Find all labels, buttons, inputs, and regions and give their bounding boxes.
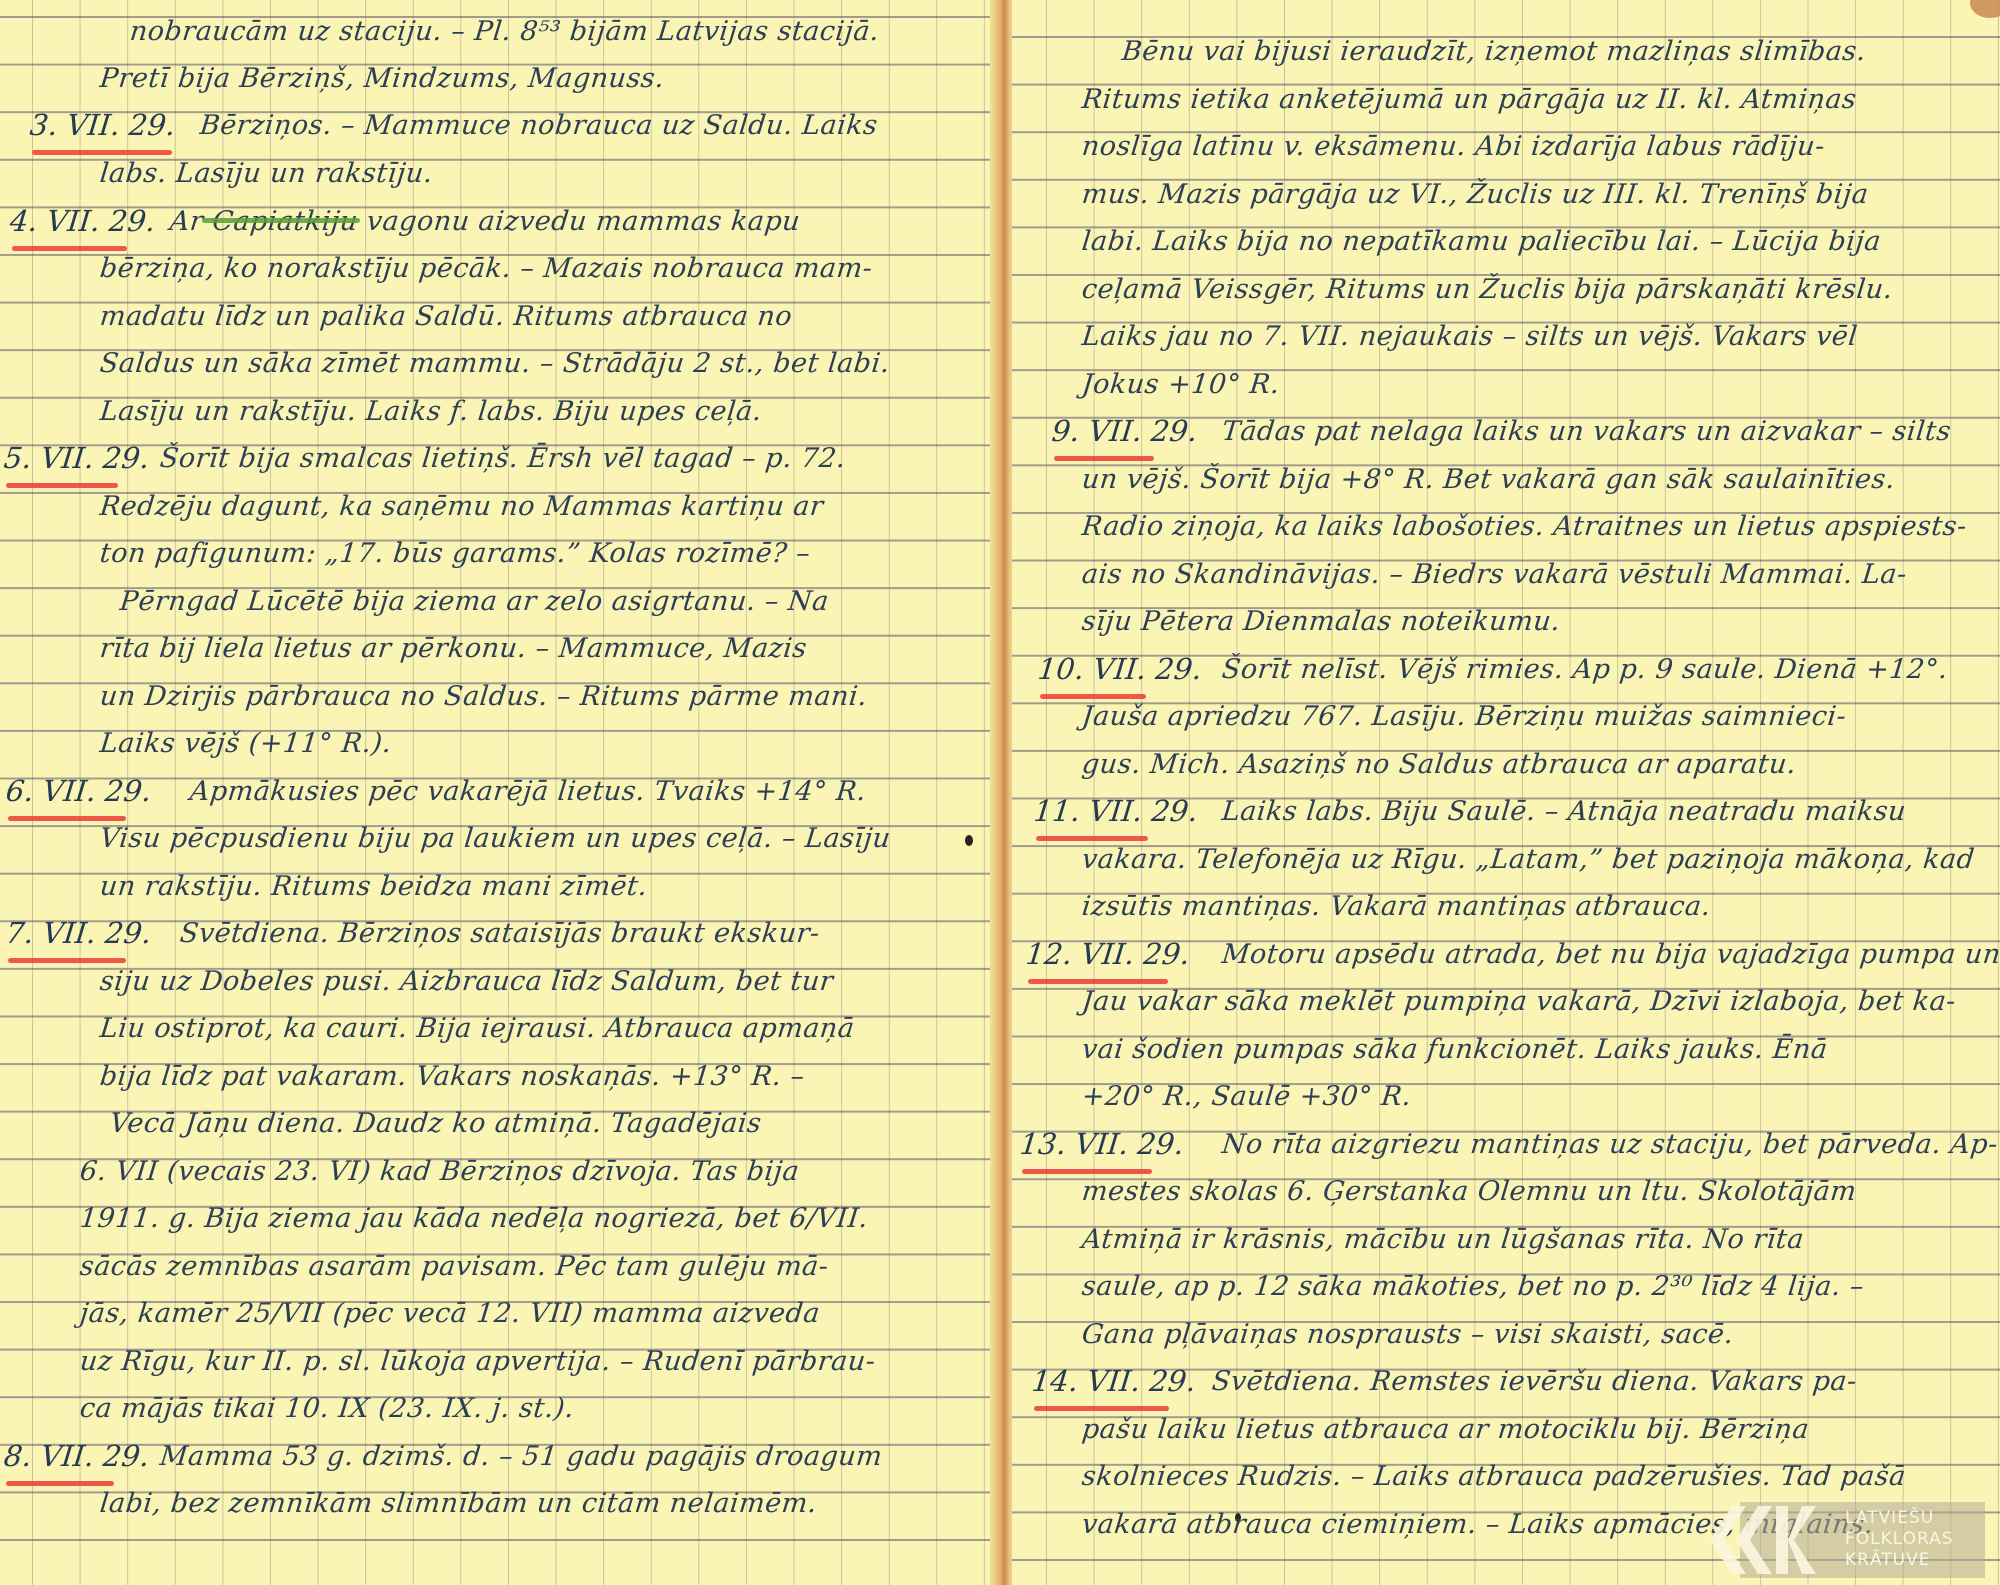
diary-line: sācās zemnības asarām pavisam. Pēc tam g…	[78, 1251, 830, 1282]
diary-line: Pērngad Lūcētē bija ziema ar zelo asigrt…	[118, 586, 830, 617]
diary-line: Liu ostiprot, ka cauri. Bija iejrausi. A…	[98, 1013, 856, 1044]
entry-date: 10. VII. 29.	[1036, 652, 1203, 686]
diary-line: izsūtīs mantiņas. Vakarā mantiņas atbrau…	[1080, 891, 1712, 922]
entry-date: 13. VII. 29.	[1018, 1127, 1185, 1161]
entry-date: 8. VII. 29.	[2, 1439, 151, 1473]
diary-line: 6. VII (vecais 23. VI) kad Bērziņos dzīv…	[78, 1156, 800, 1187]
diary-line: ton pafigunum: „17. būs garams.” Kolas r…	[98, 538, 812, 569]
entry-date: 14. VII. 29.	[1030, 1364, 1197, 1398]
diary-line: Lasīju un rakstīju. Laiks f. labs. Biju …	[98, 396, 763, 427]
diary-line: Jokus +10° R.	[1080, 369, 1281, 400]
diary-line: Laiks vējš (+11° R.).	[98, 728, 393, 759]
diary-line: skolnieces Rudzis. – Laiks atbrauca padz…	[1080, 1461, 1907, 1492]
watermark-line: FOLKLORAS	[1845, 1529, 1985, 1550]
entry-date: 9. VII. 29.	[1050, 414, 1199, 448]
diary-line: Svētdiena. Remstes ievēršu diena. Vakars…	[1210, 1366, 1858, 1397]
corner-stain	[1970, 0, 2000, 18]
date-underline	[8, 816, 126, 821]
diary-line: +20° R., Saulē +30° R.	[1080, 1081, 1413, 1112]
diary-line: Motoru apsēdu atrada, bet nu bija vajadz…	[1220, 939, 2000, 970]
diary-line: siju uz Dobeles pusi. Aizbrauca līdz Sal…	[98, 966, 835, 997]
diary-line: Šorīt bija smalcas lietiņš. Ērsh vēl tag…	[158, 443, 847, 474]
chevron-k-logo-icon	[1702, 1502, 1822, 1578]
diary-line: Tādas pat nelaga laiks un vakars un aizv…	[1220, 416, 1952, 447]
diary-line: Bēnu vai bijusi ieraudzīt, izņemot mazli…	[1120, 36, 1867, 67]
diary-line: labi. Laiks bija no nepatīkamu paliecību…	[1080, 226, 1882, 257]
watermark-line: KRĀTUVE	[1845, 1550, 1985, 1571]
diary-line: noslīga latīnu v. eksāmenu. Abi izdarīja…	[1080, 131, 1826, 162]
diary-line: Šorīt nelīst. Vējš rimies. Ap p. 9 saule…	[1220, 654, 1949, 685]
diary-line: gus. Mich. Asaziņš no Saldus atbrauca ar…	[1080, 749, 1797, 780]
date-underline	[1054, 456, 1154, 461]
date-underline	[8, 958, 126, 963]
diary-line: Laiks jau no 7. VII. nejaukais – silts u…	[1080, 321, 1859, 352]
diary-line: mestes skolas 6. Ģerstanka Olemnu un ltu…	[1080, 1176, 1858, 1207]
diary-line: Mamma 53 g. dzimš. d. – 51 gadu pagājis …	[158, 1441, 884, 1472]
diary-line: Radio ziņoja, ka laiks labošoties. Atrai…	[1080, 511, 1968, 542]
diary-line: Redzēju dagunt, ka saņēmu no Mammas kart…	[98, 491, 825, 522]
diary-line: bērziņa, ko norakstīju pēcāk. – Mazais n…	[98, 253, 874, 284]
entry-date: 5. VII. 29.	[2, 441, 151, 475]
diary-line: sīju Pētera Dienmalas noteikumu.	[1080, 606, 1562, 637]
date-underline	[32, 150, 172, 155]
diary-line: Svētdiena. Bērziņos sataisījās braukt ek…	[178, 918, 821, 949]
diary-line: Apmākusies pēc vakarējā lietus. Tvaiks +…	[188, 776, 867, 807]
diary-line: un Dzirjis pārbrauca no Saldus. – Ritums…	[98, 681, 868, 712]
entry-date: 6. VII. 29.	[4, 774, 153, 808]
diary-line: saule, ap p. 12 sāka mākoties, bet no p.…	[1080, 1271, 1865, 1302]
diary-line: Gana pļāvaiņas nosprausts – visi skaisti…	[1080, 1319, 1735, 1350]
watermark-logo: LATVIEŠU FOLKLORAS KRĀTUVE	[1740, 1502, 1985, 1578]
diary-line: jās, kamēr 25/VII (pēc vecā 12. VII) mam…	[78, 1298, 821, 1329]
diary-line: ais no Skandināvijas. – Biedrs vakarā vē…	[1080, 559, 1908, 590]
diary-line: Vecā Jāņu diena. Daudz ko atmiņā. Tagadē…	[108, 1108, 763, 1139]
date-underline	[1040, 694, 1146, 699]
diary-line: vai šodien pumpas sāka funkcionēt. Laiks…	[1080, 1034, 1829, 1065]
diary-line: Bērziņos. – Mammuce nobrauca uz Saldu. L…	[198, 110, 879, 141]
date-underline	[1028, 979, 1168, 984]
diary-line: Atmiņā ir krāsnis, mācību un lūgšanas rī…	[1080, 1224, 1805, 1255]
entry-date: 3. VII. 29.	[28, 108, 177, 142]
diary-line: Pretī bija Bērziņš, Mindzums, Magnuss.	[98, 63, 666, 94]
date-underline	[1022, 1169, 1152, 1174]
diary-line: nobraucām uz staciju. – Pl. 8⁵³ bijām La…	[128, 16, 880, 47]
diary-line: labs. Lasīju un rakstīju.	[98, 158, 434, 189]
diary-line: un vējš. Šorīt bija +8° R. Bet vakarā ga…	[1080, 464, 1896, 495]
date-underline	[12, 246, 127, 251]
diary-line: Ritums ietika anketējumā un pārgāja uz I…	[1080, 84, 1858, 115]
date-underline	[1034, 1406, 1169, 1411]
entry-date: 12. VII. 29.	[1024, 937, 1191, 971]
diary-line: 1911. g. Bija ziema jau kāda nedēļa nogr…	[78, 1203, 869, 1234]
diary-line: labi, bez zemnīkām slimnībām un citām ne…	[98, 1488, 818, 1519]
ink-blot	[965, 835, 973, 846]
diary-line: pašu laiku lietus atbrauca ar motociklu …	[1080, 1414, 1810, 1445]
diary-line: Visu pēcpusdienu biju pa laukiem un upes…	[98, 823, 892, 854]
diary-line: bija līdz pat vakaram. Vakars noskaņās. …	[98, 1061, 806, 1092]
entry-date: 11. VII. 29.	[1032, 794, 1199, 828]
entry-date: 7. VII. 29.	[4, 916, 153, 950]
diary-line: un rakstīju. Ritums beidza mani zīmēt.	[98, 871, 649, 902]
watermark-line: LATVIEŠU	[1845, 1508, 1985, 1529]
diary-line: uz Rīgu, kur II. p. sl. lūkoja apvertija…	[78, 1346, 877, 1377]
diary-line: No rīta aizgriezu mantiņas uz staciju, b…	[1220, 1129, 1999, 1160]
date-underline	[1036, 836, 1148, 841]
diary-line: mus. Mazis pārgāja uz VI., Žuclis uz III…	[1080, 179, 1870, 210]
diary-line: Jau vakar sāka meklēt pumpiņa vakarā, Dz…	[1080, 986, 1957, 1017]
diary-line: rīta bij liela lietus ar pērkonu. – Mamm…	[98, 633, 808, 664]
diary-line: ca mājās tikai 10. IX (23. IX. j. st.).	[78, 1393, 575, 1424]
watermark-text: LATVIEŠU FOLKLORAS KRĀTUVE	[1845, 1508, 1985, 1571]
diary-line: madatu līdz un palika Saldū. Ritums atbr…	[98, 301, 793, 332]
date-underline	[6, 1481, 114, 1486]
date-underline	[6, 483, 118, 488]
place-underline	[202, 218, 360, 223]
diary-line: Laiks labs. Biju Saulē. – Atnāja neatrad…	[1220, 796, 1907, 827]
diary-line: Jauša apriedzu 767. Lasīju. Bērziņu muiž…	[1080, 701, 1848, 732]
diary-line: ceļamā Veissgēr, Ritums un Žuclis bija p…	[1080, 274, 1894, 305]
diary-line: vakara. Telefonēja uz Rīgu. „Latam,” bet…	[1080, 844, 1976, 875]
entry-date: 4. VII. 29.	[8, 204, 157, 238]
diary-line: Saldus un sāka zīmēt mammu. – Strādāju 2…	[98, 348, 891, 379]
